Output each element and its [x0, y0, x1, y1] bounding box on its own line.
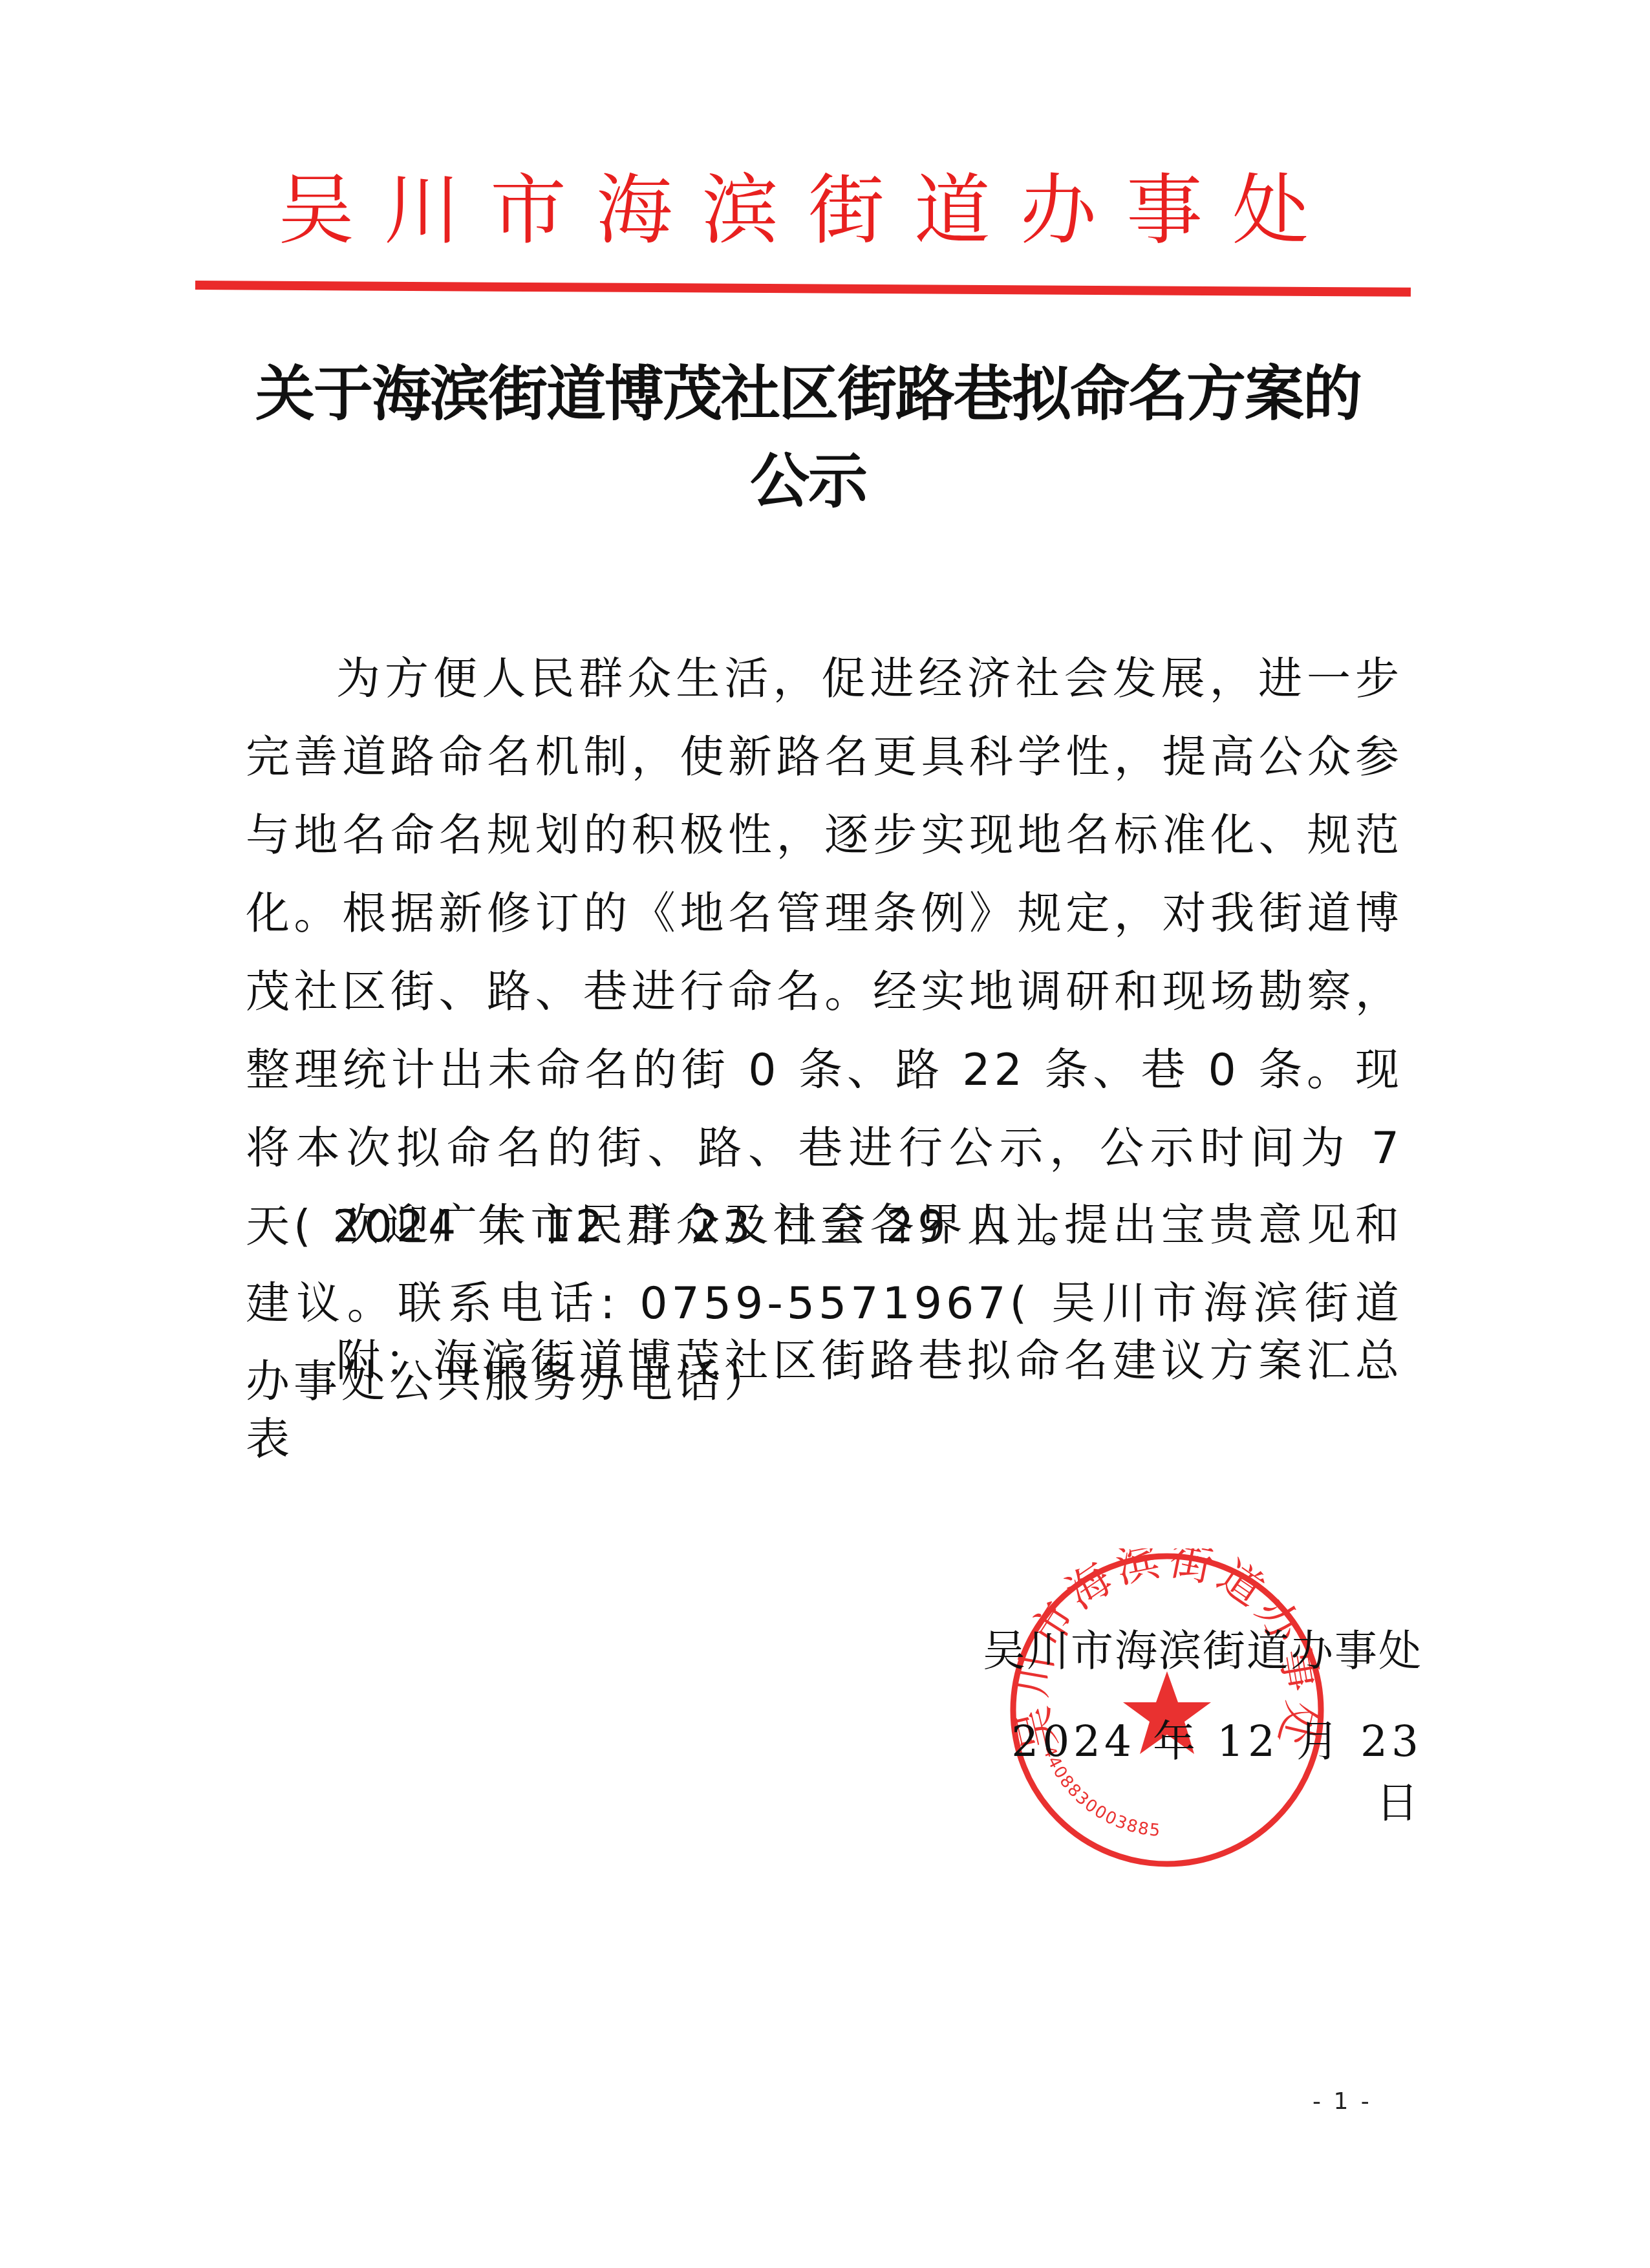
- attachment-note: 附：海滨街道博茂社区街路巷拟命名建议方案汇总表: [246, 1322, 1403, 1479]
- document-title-line-1: 关于海滨街道博茂社区街路巷拟命名方案的: [194, 359, 1422, 430]
- attachment-text: 附：海滨街道博茂社区街路巷拟命名建议方案汇总表: [246, 1322, 1403, 1479]
- paragraph-text: 为方便人民群众生活，促进经济社会发展，进一步完善道路命名机制，使新路名更具科学性…: [246, 640, 1403, 1266]
- body-paragraph-1: 为方便人民群众生活，促进经济社会发展，进一步完善道路命名机制，使新路名更具科学性…: [246, 640, 1403, 1266]
- signature-organization: 吴川市海滨街道办事处: [970, 1616, 1422, 1678]
- letterhead-divider: [195, 281, 1411, 297]
- letterhead-title: 吴川市海滨街道办事处: [194, 162, 1422, 259]
- signature-date: 2024 年 12 月 23 日: [970, 1707, 1422, 1830]
- page-number: - 1 -: [1312, 2088, 1372, 2115]
- document-title-line-2: 公示: [194, 446, 1422, 517]
